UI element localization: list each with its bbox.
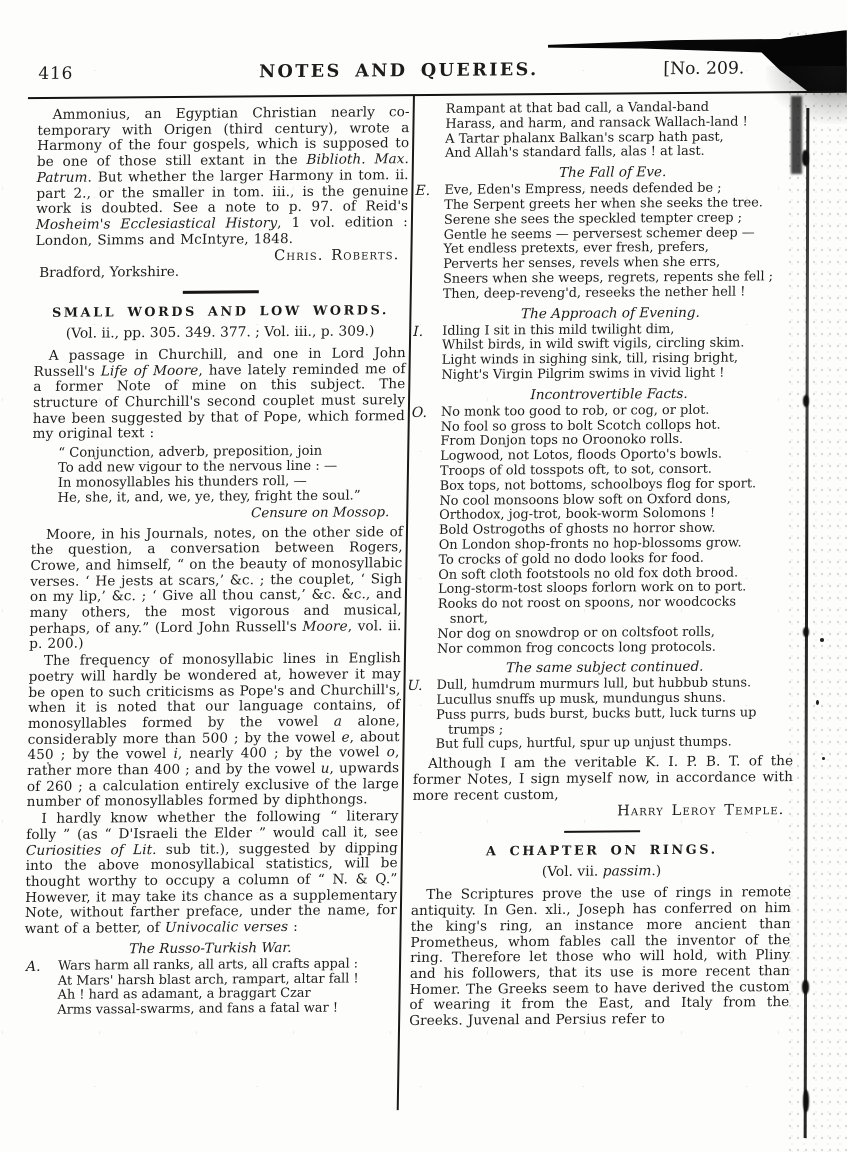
verse-letter-u: U.	[407, 679, 422, 694]
verse-line: Arms vassal-swarms, and fans a fatal war…	[57, 1001, 395, 1018]
verse-line: Then, deep-reveng'd, reseeks the nether …	[443, 285, 801, 303]
verse-line: Night's Virgin Pilgrim swims in vivid li…	[441, 366, 799, 384]
header-rule	[28, 91, 834, 100]
verse-a-cont-lines: Rampant at that bad call, a Vandal-bandH…	[445, 100, 804, 162]
quote-pope-couplet: “ Conjunction, adverb, preposition, join…	[57, 443, 404, 506]
paragraph-ammonius: Ammonius, an Egyptian Christian nearly c…	[36, 105, 410, 249]
paragraph-although: Although I am the veritable K. I. P. B. …	[413, 754, 794, 804]
verse-title-russo-turkish-war: The Russo-Turkish War.	[24, 939, 396, 958]
quote-attribution: Censure on Mossop.	[31, 505, 403, 523]
verse-title-approach-of-evening: The Approach of Evening.	[420, 304, 800, 323]
quote-line: He, she, it, and, we, ye, they, fright t…	[57, 489, 403, 507]
verse-line: Nor common frog concocts long protocols.	[437, 640, 795, 658]
left-column: Ammonius, an Egyptian Christian nearly c…	[23, 105, 410, 1023]
journal-title: NOTES AND QUERIES.	[30, 57, 767, 84]
right-column: Rampant at that bad call, a Vandal-bandH…	[409, 100, 804, 1031]
section-volume-reference: (Vol. ii., pp. 305. 349. 377. ; Vol. iii…	[34, 323, 406, 342]
verse-i-lines: Idling I sit in this mild twilight dim,W…	[441, 322, 800, 384]
verse-a: A. Wars harm all ranks, all arts, all cr…	[23, 957, 396, 1019]
verse-title-same-subject-continued: The same subject continued.	[415, 658, 795, 677]
signature-harry-leroy-temple: Harry Leroy Temple.	[412, 802, 792, 820]
verse-letter-e: E.	[415, 184, 430, 199]
verse-line: Puss purrs, buds burst, bucks butt, luck…	[436, 706, 794, 724]
verse-title-incontrovertible-facts: Incontrovertible Facts.	[419, 385, 799, 404]
section-volume-reference: (Vol. vii. passim.)	[411, 863, 791, 882]
verse-line: But full cups, hurtful, spur up unjust t…	[435, 736, 793, 754]
section-divider-rule	[564, 830, 640, 833]
verse-u-lines: Dull, humdrum murmurs lull, but hubbub s…	[435, 676, 794, 753]
paragraph-scriptures: The Scriptures prove the use of rings in…	[409, 886, 791, 1030]
paragraph-hardly-know: I hardly know whether the following “ li…	[25, 809, 399, 938]
section-divider-rule	[183, 291, 259, 294]
issue-number: [No. 209.	[663, 59, 744, 80]
section-title-chapter-on-rings: A CHAPTER ON RINGS.	[412, 843, 792, 861]
verse-letter-a: A.	[26, 960, 41, 975]
verse-o-lines: No monk too good to rob, or cog, or plot…	[437, 403, 799, 657]
verse-a-continuation: Rampant at that bad call, a Vandal-bandH…	[423, 100, 804, 162]
verse-o: O. No monk too good to rob, or cog, or p…	[415, 403, 799, 658]
verse-line: And Allah's standard falls, alas ! at la…	[445, 144, 803, 162]
paragraph-passage: A passage in Churchill, and one in Lord …	[32, 346, 406, 443]
signature-location: Bradford, Yorkshire.	[35, 263, 407, 281]
verse-a-lines: Wars harm all ranks, all arts, all craft…	[57, 957, 396, 1019]
verse-e-lines: Eve, Eden's Empress, needs defended be ;…	[443, 181, 803, 302]
verse-title-fall-of-eve: The Fall of Eve.	[423, 163, 803, 182]
verse-letter-i: I.	[413, 325, 423, 340]
verse-u: U. Dull, humdrum murmurs lull, but hubbu…	[413, 676, 794, 753]
section-title-small-words: SMALL WORDS AND LOW WORDS.	[34, 303, 406, 321]
paragraph-moore: Moore, in his Journals, notes, on the ot…	[29, 525, 403, 654]
paragraph-frequency: The frequency of monosyllabic lines in E…	[27, 651, 402, 811]
page-sheet: 416 NOTES AND QUERIES. [No. 209. Ammoniu…	[0, 0, 847, 1152]
verse-letter-o: O.	[412, 406, 427, 421]
verse-e: E. Eve, Eden's Empress, needs defended b…	[421, 181, 803, 302]
verse-i: I. Idling I sit in this mild twilight di…	[419, 322, 800, 384]
signature-chris-roberts: Chris. Roberts.	[35, 247, 407, 265]
